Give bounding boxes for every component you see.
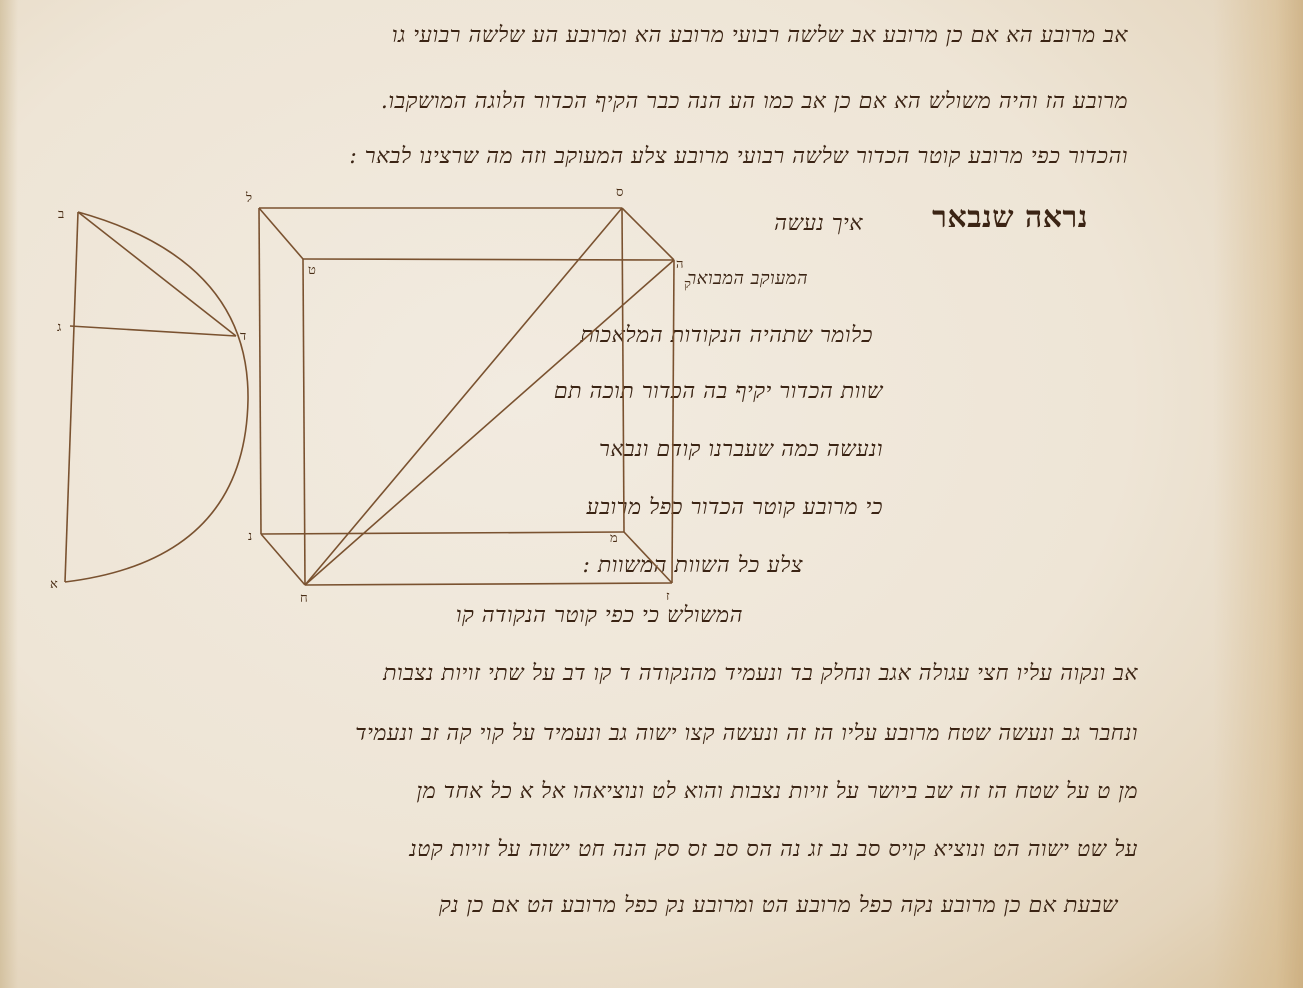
label-tet: ט (308, 262, 316, 278)
manuscript-page: אב מרובע הא אם כן מרובע אב שלשה רבועי מר… (0, 0, 1303, 988)
label-he: ה (676, 256, 683, 272)
label-dalet: ד (240, 328, 246, 344)
label-bet: ב (58, 206, 64, 222)
label-qof: ק (684, 276, 691, 292)
label-mem: מ (610, 530, 618, 546)
chord-line (78, 212, 236, 336)
diameter-line (65, 212, 78, 582)
label-samekh: ס (616, 184, 623, 200)
label-lamed: ל (246, 190, 252, 206)
label-gimel: ג (57, 319, 61, 335)
label-alef: א (50, 576, 58, 592)
label-het: ח (300, 590, 308, 606)
perpendicular-line (70, 326, 236, 336)
label-nun: נ (248, 528, 252, 544)
label-zayin: ז (666, 588, 670, 604)
semicircle-arc (65, 212, 248, 582)
geometry-diagram (0, 0, 1303, 988)
